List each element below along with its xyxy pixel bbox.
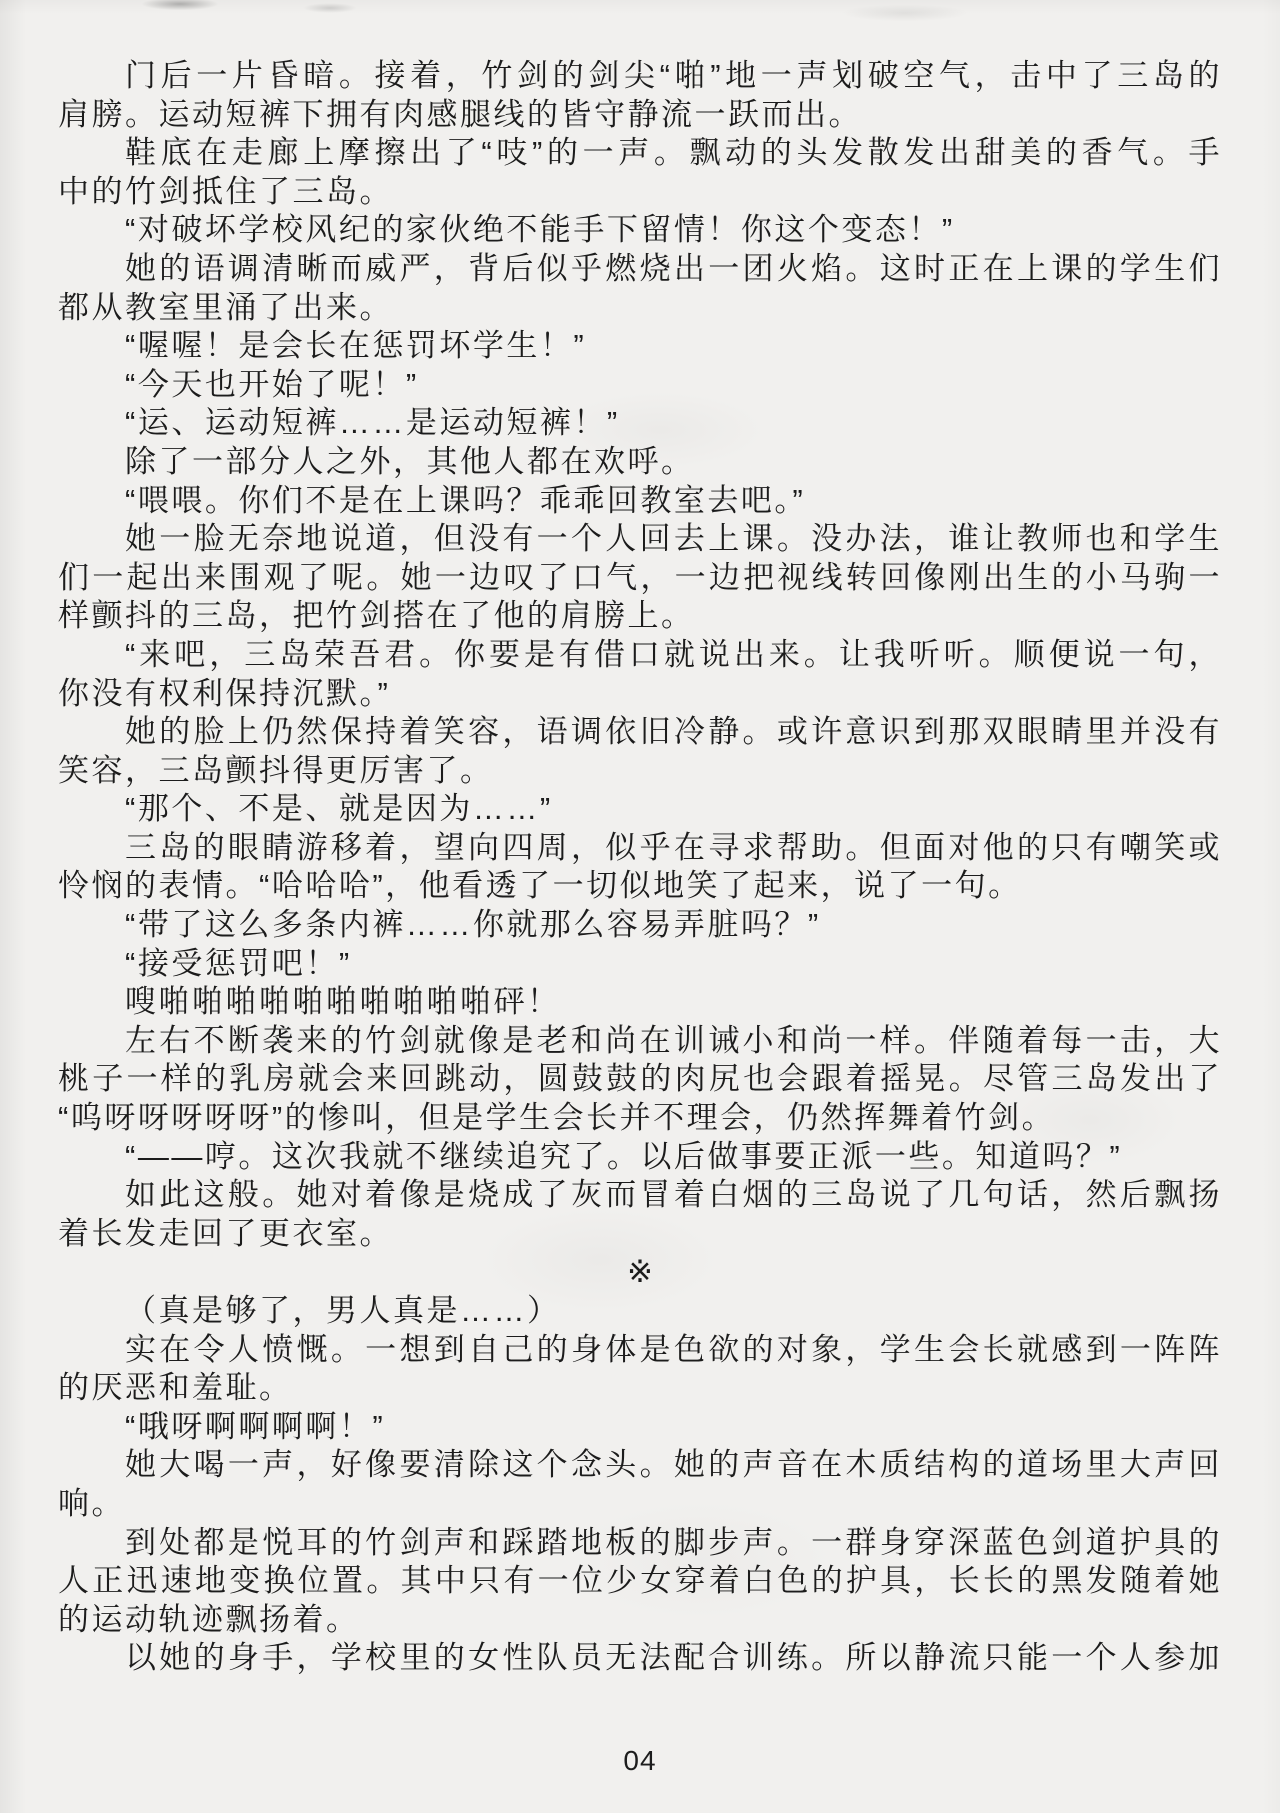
text-line: “带了这么多条内裤……你就那么容易弄脏吗？”: [58, 906, 1222, 945]
text-line: “喔喔！是会长在惩罚坏学生！”: [58, 327, 1222, 366]
text-line: 中的竹剑抵住了三岛。: [58, 173, 1222, 212]
text-line: 怜悯的表情。“哈哈哈”，他看透了一切似地笑了起来，说了一句。: [58, 867, 1222, 906]
text-line: “呜呀呀呀呀呀”的惨叫，但是学生会长并不理会，仍然挥舞着竹剑。: [58, 1099, 1222, 1138]
text-line: 的运动轨迹飘扬着。: [58, 1601, 1222, 1640]
text-line: 她大喝一声，好像要清除这个念头。她的声音在木质结构的道场里大声回: [58, 1446, 1222, 1485]
text-line: 着长发走回了更衣室。: [58, 1215, 1222, 1254]
scanned-page: 门后一片昏暗。接着，竹剑的剑尖“啪”地一声划破空气，击中了三岛的 肩膀。运动短裤…: [0, 0, 1280, 1813]
text-line: “运、运动短裤……是运动短裤！”: [58, 404, 1222, 443]
text-line: 到处都是悦耳的竹剑声和踩踏地板的脚步声。一群身穿深蓝色剑道护具的: [58, 1524, 1222, 1563]
text-line: 你没有权利保持沉默。”: [58, 675, 1222, 714]
text-line: 嗖啪啪啪啪啪啪啪啪啪啪砰！: [58, 983, 1222, 1022]
text-line: “喂喂。你们不是在上课吗？乖乖回教室去吧。”: [58, 482, 1222, 521]
text-line: “对破坏学校风纪的家伙绝不能手下留情！你这个变态！”: [58, 211, 1222, 250]
text-line: “那个、不是、就是因为……”: [58, 790, 1222, 829]
text-line: 如此这般。她对着像是烧成了灰而冒着白烟的三岛说了几句话，然后飘扬: [58, 1176, 1222, 1215]
text-line: 桃子一样的乳房就会来回跳动，圆鼓鼓的肉尻也会跟着摇晃。尽管三岛发出了: [58, 1060, 1222, 1099]
text-line: 人正迅速地变换位置。其中只有一位少女穿着白色的护具，长长的黑发随着她: [58, 1562, 1222, 1601]
text-line: 门后一片昏暗。接着，竹剑的剑尖“啪”地一声划破空气，击中了三岛的: [58, 57, 1222, 96]
text-line: 都从教室里涌了出来。: [58, 289, 1222, 328]
text-line: “接受惩罚吧！”: [58, 945, 1222, 984]
page-text: 门后一片昏暗。接着，竹剑的剑尖“啪”地一声划破空气，击中了三岛的 肩膀。运动短裤…: [58, 57, 1222, 1678]
text-line: 左右不断袭来的竹剑就像是老和尚在训诫小和尚一样。伴随着每一击，大: [58, 1022, 1222, 1061]
text-line: 的厌恶和羞耻。: [58, 1369, 1222, 1408]
text-line: （真是够了，男人真是……）: [58, 1292, 1222, 1331]
text-line: “今天也开始了呢！”: [58, 366, 1222, 405]
text-line: 实在令人愤慨。一想到自己的身体是色欲的对象，学生会长就感到一阵阵: [58, 1331, 1222, 1370]
page-number: 04: [0, 1745, 1280, 1777]
text-line: 笑容，三岛颤抖得更厉害了。: [58, 752, 1222, 791]
text-line: 以她的身手，学校里的女性队员无法配合训练。所以静流只能一个人参加: [58, 1639, 1222, 1678]
text-line: 们一起出来围观了呢。她一边叹了口气，一边把视线转回像刚出生的小马驹一: [58, 559, 1222, 598]
text-line: 除了一部分人之外，其他人都在欢呼。: [58, 443, 1222, 482]
text-line: 她一脸无奈地说道，但没有一个人回去上课。没办法，谁让教师也和学生: [58, 520, 1222, 559]
text-line: 响。: [58, 1485, 1222, 1524]
section-divider: ※: [58, 1253, 1222, 1292]
text-line: 样颤抖的三岛，把竹剑搭在了他的肩膀上。: [58, 597, 1222, 636]
text-line: “哦呀啊啊啊啊！”: [58, 1408, 1222, 1447]
text-line: 三岛的眼睛游移着，望向四周，似乎在寻求帮助。但面对他的只有嘲笑或: [58, 829, 1222, 868]
text-line: 鞋底在走廊上摩擦出了“吱”的一声。飘动的头发散发出甜美的香气。手: [58, 134, 1222, 173]
text-line: 肩膀。运动短裤下拥有肉感腿线的皆守静流一跃而出。: [58, 96, 1222, 135]
text-line: 她的脸上仍然保持着笑容，语调依旧冷静。或许意识到那双眼睛里并没有: [58, 713, 1222, 752]
text-line: “来吧，三岛荣吾君。你要是有借口就说出来。让我听听。顺便说一句，: [58, 636, 1222, 675]
text-line: 她的语调清晰而威严，背后似乎燃烧出一团火焰。这时正在上课的学生们: [58, 250, 1222, 289]
text-line: “——哼。这次我就不继续追究了。以后做事要正派一些。知道吗？”: [58, 1138, 1222, 1177]
